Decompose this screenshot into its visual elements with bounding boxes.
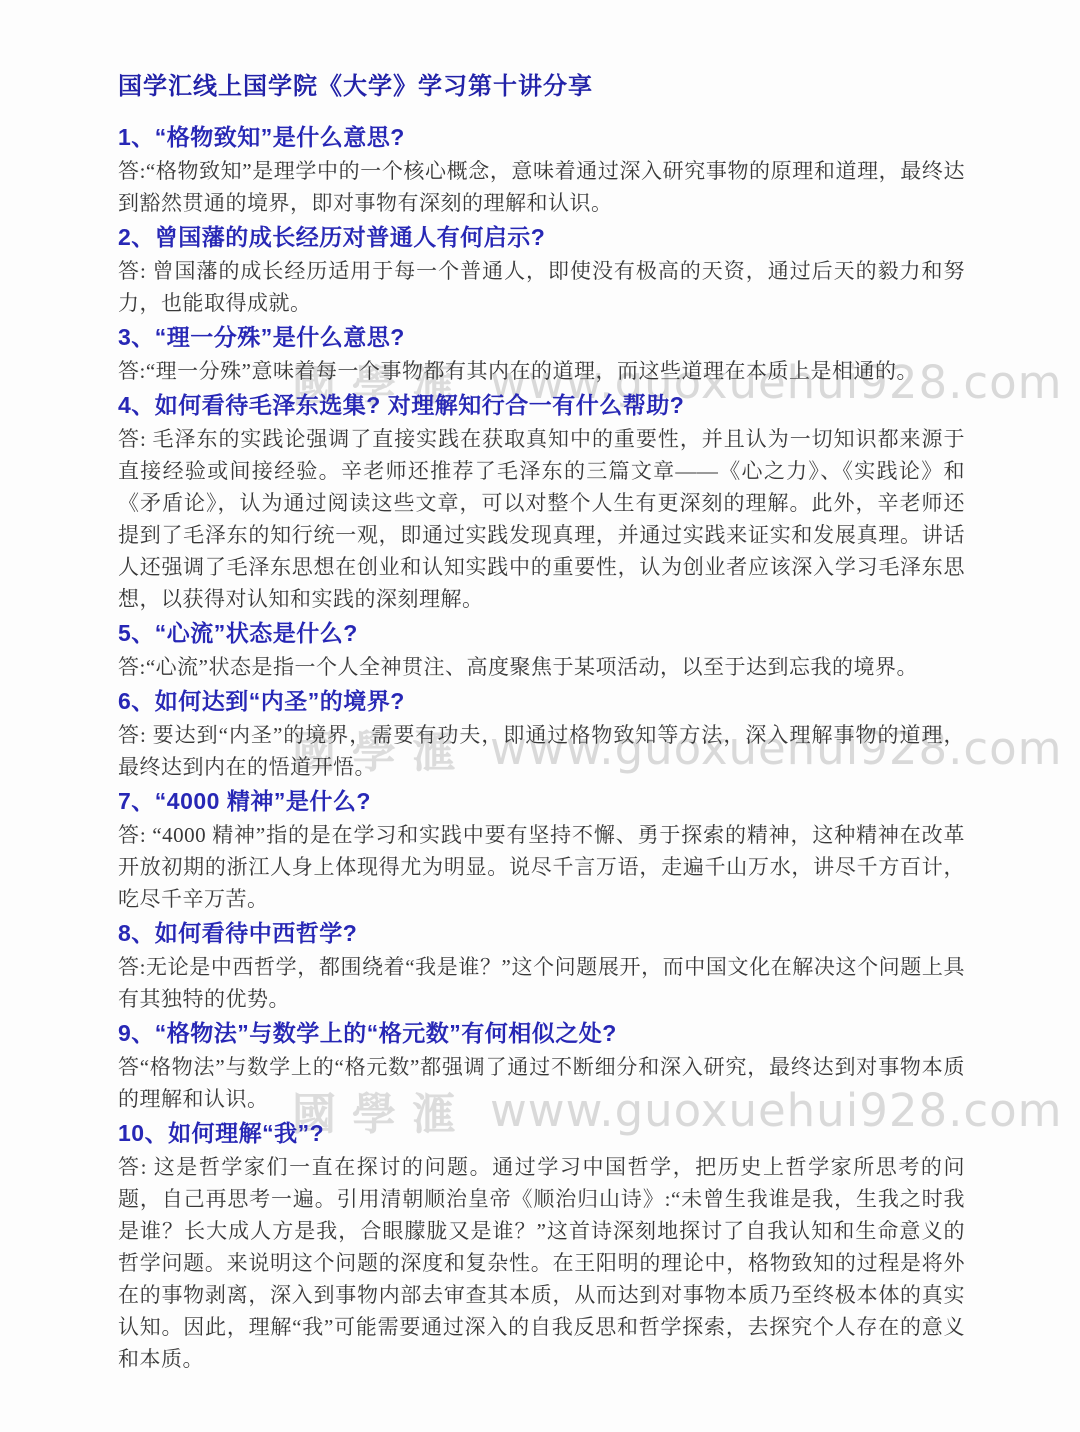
answer-paragraph-8: 答:无论是中西哲学，都围绕着“我是谁？”这个问题展开，而中国文化在解决这个问题上… [118, 951, 965, 1015]
answer-paragraph-1: 答:“格物致知”是理学中的一个核心概念，意味着通过深入研究事物的原理和道理，最终… [118, 155, 965, 219]
page-title: 国学汇线上国学院《大学》学习第十讲分享 [118, 72, 965, 102]
question-heading-6: 6、如何达到“内圣”的境界? [118, 683, 965, 719]
answer-paragraph-10: 答: 这是哲学家们一直在探讨的问题。通过学习中国哲学，把历史上哲学家所思考的问题… [118, 1151, 965, 1375]
question-heading-3: 3、“理一分殊”是什么意思? [118, 319, 965, 355]
answer-paragraph-5: 答:“心流”状态是指一个人全神贯注、高度聚焦于某项活动，以至于达到忘我的境界。 [118, 651, 965, 683]
question-heading-8: 8、如何看待中西哲学? [118, 915, 965, 951]
answer-paragraph-3: 答:“理一分殊”意味着每一个事物都有其内在的道理，而这些道理在本质上是相通的。 [118, 355, 965, 387]
question-heading-5: 5、“心流”状态是什么? [118, 615, 965, 651]
answer-paragraph-4: 答: 毛泽东的实践论强调了直接实践在获取真知中的重要性，并且认为一切知识都来源于… [118, 423, 965, 615]
answer-paragraph-2: 答: 曾国藩的成长经历适用于每一个普通人，即使没有极高的天资，通过后天的毅力和努… [118, 255, 965, 319]
question-heading-10: 10、如何理解“我”? [118, 1115, 965, 1151]
answer-paragraph-9: 答“格物法”与数学上的“格元数”都强调了通过不断细分和深入研究，最终达到对事物本… [118, 1051, 965, 1115]
answer-paragraph-6: 答: 要达到“内圣”的境界，需要有功夫，即通过格物致知等方法，深入理解事物的道理… [118, 719, 965, 783]
question-heading-4: 4、如何看待毛泽东选集? 对理解知行合一有什么帮助? [118, 387, 965, 423]
question-heading-9: 9、“格物法”与数学上的“格元数”有何相似之处? [118, 1015, 965, 1051]
document-page: 國學滙 www.guoxuehui928.com 國學滙 www.guoxueh… [0, 0, 1080, 1432]
qa-list: 1、“格物致知”是什么意思?答:“格物致知”是理学中的一个核心概念，意味着通过深… [118, 119, 965, 1375]
question-heading-1: 1、“格物致知”是什么意思? [118, 119, 965, 155]
question-heading-2: 2、曾国藩的成长经历对普通人有何启示? [118, 219, 965, 255]
question-heading-7: 7、“4000 精神”是什么? [118, 783, 965, 819]
answer-paragraph-7: 答: “4000 精神”指的是在学习和实践中要有坚持不懈、勇于探索的精神，这种精… [118, 819, 965, 915]
document-content: 国学汇线上国学院《大学》学习第十讲分享 1、“格物致知”是什么意思?答:“格物致… [0, 0, 1080, 1375]
